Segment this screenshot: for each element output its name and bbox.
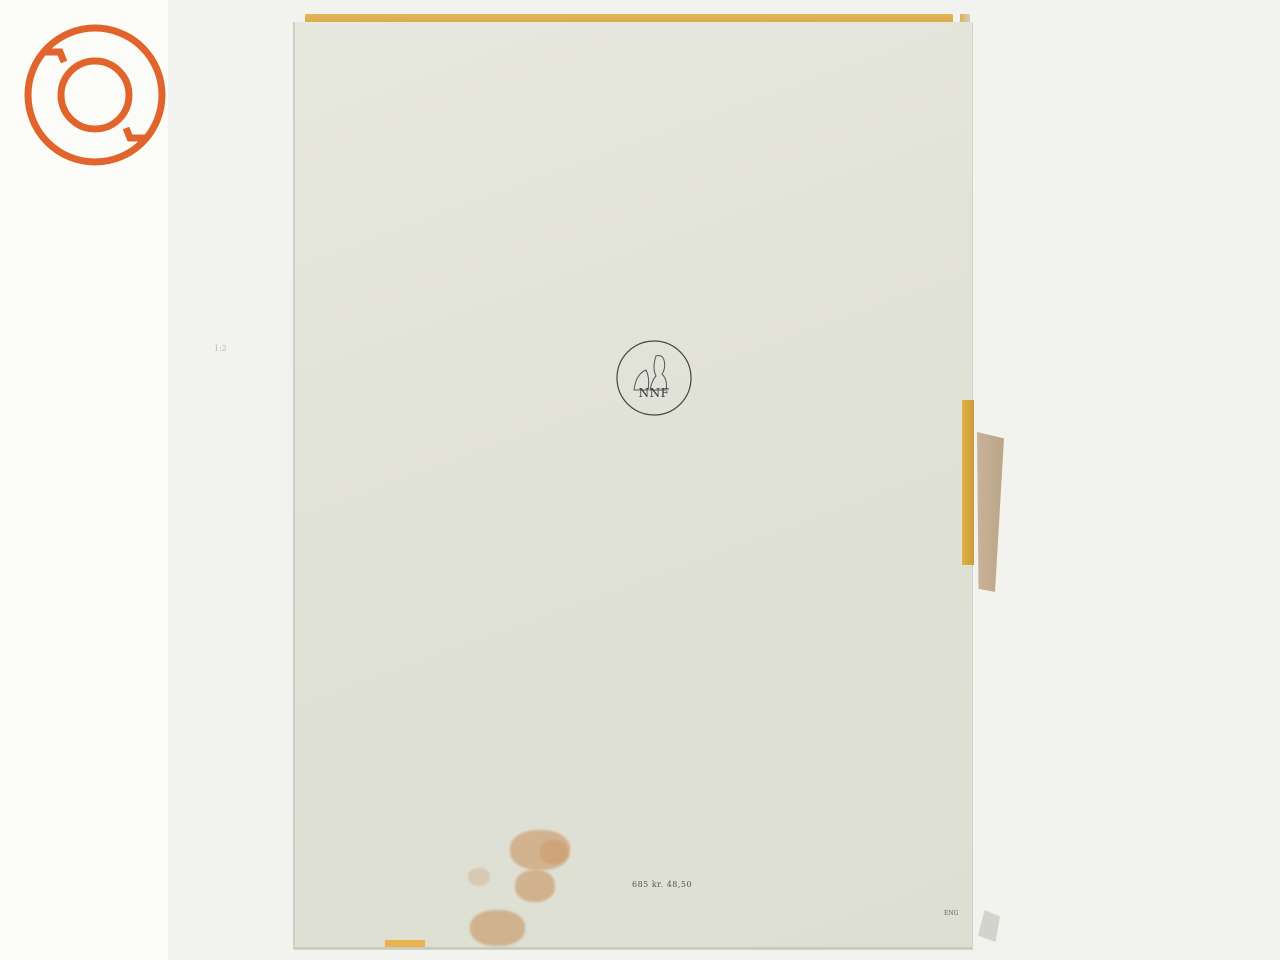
nnf-publisher-emblem-icon xyxy=(614,338,694,418)
stain xyxy=(468,868,490,886)
book-spine-strip xyxy=(962,400,974,565)
margin-mark: 1:2 xyxy=(214,344,227,353)
stain xyxy=(540,840,568,864)
brand-logo-icon xyxy=(22,22,168,168)
book-bottom-edge xyxy=(385,940,425,947)
stain xyxy=(515,870,555,902)
emblem-label: NNF xyxy=(630,386,678,400)
corner-code: ENG xyxy=(944,910,958,917)
stain xyxy=(470,910,525,946)
price-text: 685 kr. 48,50 xyxy=(632,880,692,889)
book-back-cover xyxy=(293,22,972,949)
